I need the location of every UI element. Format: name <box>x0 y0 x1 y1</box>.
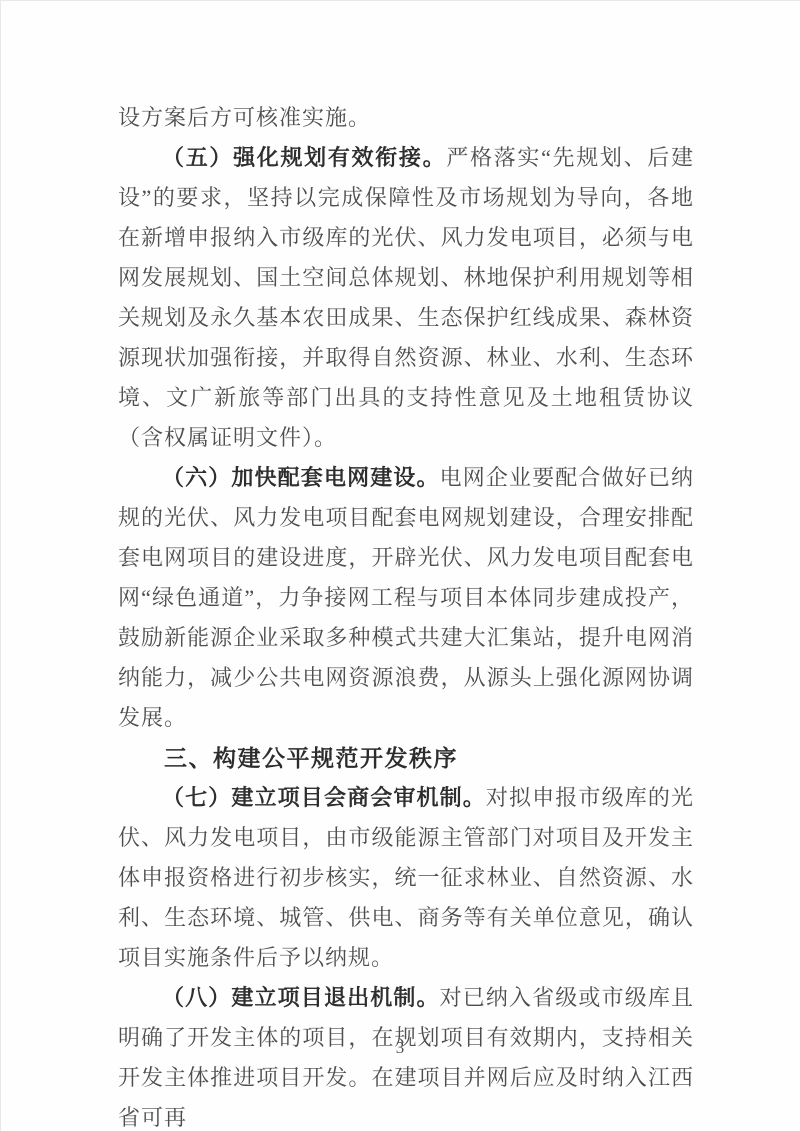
document-page: 设方案后方可核准实施。 （五）强化规划有效衔接。严格落实“先规划、后建设”的要求… <box>0 0 800 1131</box>
paragraph-item-5: （五）强化规划有效衔接。严格落实“先规划、后建设”的要求，坚持以完成保障性及市场… <box>118 138 694 458</box>
paragraph-body: 电网企业要配合做好已纳规的光伏、风力发电项目配套电网规划建设，合理安排配套电网项… <box>118 465 694 730</box>
paragraph-lead: （五）强化规划有效衔接。 <box>162 145 446 170</box>
paragraph-lead: （七）建立项目会商会审机制。 <box>162 785 486 810</box>
document-content: 设方案后方可核准实施。 （五）强化规划有效衔接。严格落实“先规划、后建设”的要求… <box>118 98 694 1131</box>
paragraph-item-7: （七）建立项目会商会审机制。对拟申报市级库的光伏、风力发电项目，由市级能源主管部… <box>118 778 694 978</box>
section-heading: 三、构建公平规范开发秩序 <box>118 738 694 778</box>
paragraph-item-6: （六）加快配套电网建设。电网企业要配合做好已纳规的光伏、风力发电项目配套电网规划… <box>118 458 694 738</box>
paragraph-body: 严格落实“先规划、后建设”的要求，坚持以完成保障性及市场规划为导向，各地在新增申… <box>118 145 694 450</box>
paragraph-body: 对拟申报市级库的光伏、风力发电项目，由市级能源主管部门对项目及开发主体申报资格进… <box>118 785 694 970</box>
paragraph-body: 设方案后方可核准实施。 <box>118 105 371 130</box>
paragraph-lead: （八）建立项目退出机制。 <box>162 985 440 1010</box>
paragraph-continuation: 设方案后方可核准实施。 <box>118 98 694 138</box>
paragraph-lead: （六）加快配套电网建设。 <box>162 465 440 490</box>
page-number: 3 <box>0 1038 800 1058</box>
